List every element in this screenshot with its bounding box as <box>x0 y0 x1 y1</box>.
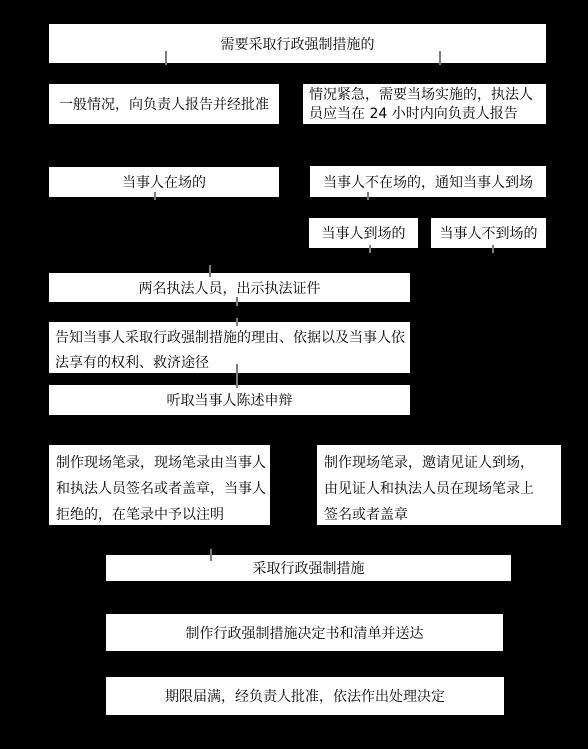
flowchart-canvas: 需要采取行政强制措施的 一般情况，向负责人报告并经批准 情况紧急，需要当场实施的… <box>0 0 588 749</box>
connector-stub <box>492 245 494 253</box>
flow-node-party-present: 当事人在场的 <box>49 167 279 197</box>
flow-node-inform-party: 告知当事人采取行政强制措施的理由、依据以及当事人依 法享有的权利、救济途径 <box>49 322 410 373</box>
flow-node-record-party: 制作现场笔录，现场笔录由当事人 和执法人员签名或者盖章，当事人 拒绝的，在笔录中… <box>49 445 270 525</box>
connector-stub <box>210 549 212 561</box>
flow-node-inform-party-line1: 告知当事人采取行政强制措施的理由、依据以及当事人依 <box>55 326 404 351</box>
flow-node-take-measures: 采取行政强制措施 <box>106 555 511 581</box>
connector-stub <box>165 51 167 65</box>
flow-node-record-party-line1: 制作现场笔录，现场笔录由当事人 <box>56 450 263 476</box>
flow-node-record-witness: 制作现场笔录，邀请见证人到场， 由见证人和执法人员在现场笔录上 签名或者盖章 <box>317 445 561 525</box>
connector-stub <box>236 318 238 326</box>
flow-node-party-arrives: 当事人到场的 <box>309 218 418 248</box>
flow-node-record-witness-line1: 制作现场笔录，邀请见证人到场， <box>324 450 554 476</box>
flow-node-deadline-decision: 期限届满，经负责人批准，依法作出处理决定 <box>106 677 504 715</box>
flow-node-party-absent: 当事人不在场的，通知当事人到场 <box>310 166 546 197</box>
connector-stub <box>367 192 369 200</box>
flow-node-record-party-line2: 和执法人员签名或者盖章，当事人 <box>56 476 263 502</box>
flow-node-two-officers: 两名执法人员，出示执法证件 <box>49 273 410 302</box>
flow-node-urgent-case-line1: 情况紧急，需要当场实施的，执法人 <box>309 86 540 105</box>
flow-node-urgent-case: 情况紧急，需要当场实施的，执法人 员应当在 24 小时内向负责人报告 <box>303 84 546 124</box>
flow-node-party-not-arrive: 当事人不到场的 <box>431 218 546 248</box>
connector-stub <box>236 364 238 388</box>
flow-node-listen-statement: 听取当事人陈述申辩 <box>49 385 410 415</box>
connector-stub <box>439 51 441 65</box>
connector-stub <box>154 192 156 200</box>
flow-node-inform-party-line2: 法享有的权利、救济途径 <box>55 351 404 373</box>
connector-stub <box>209 265 211 277</box>
flow-node-record-witness-line2: 由见证人和执法人员在现场笔录上 <box>324 476 554 502</box>
flow-node-need-measures: 需要采取行政强制措施的 <box>49 24 546 63</box>
connector-stub <box>236 297 238 306</box>
flow-node-urgent-case-line2: 员应当在 24 小时内向负责人报告 <box>309 105 540 124</box>
connector-stub <box>369 245 371 253</box>
flow-node-make-decision-doc: 制作行政强制措施决定书和清单并送达 <box>106 614 503 651</box>
flow-node-general-case: 一般情况，向负责人报告并经批准 <box>49 84 279 124</box>
flow-node-record-witness-line3: 签名或者盖章 <box>324 502 554 525</box>
flow-node-record-party-line3: 拒绝的，在笔录中予以注明 <box>56 502 263 525</box>
